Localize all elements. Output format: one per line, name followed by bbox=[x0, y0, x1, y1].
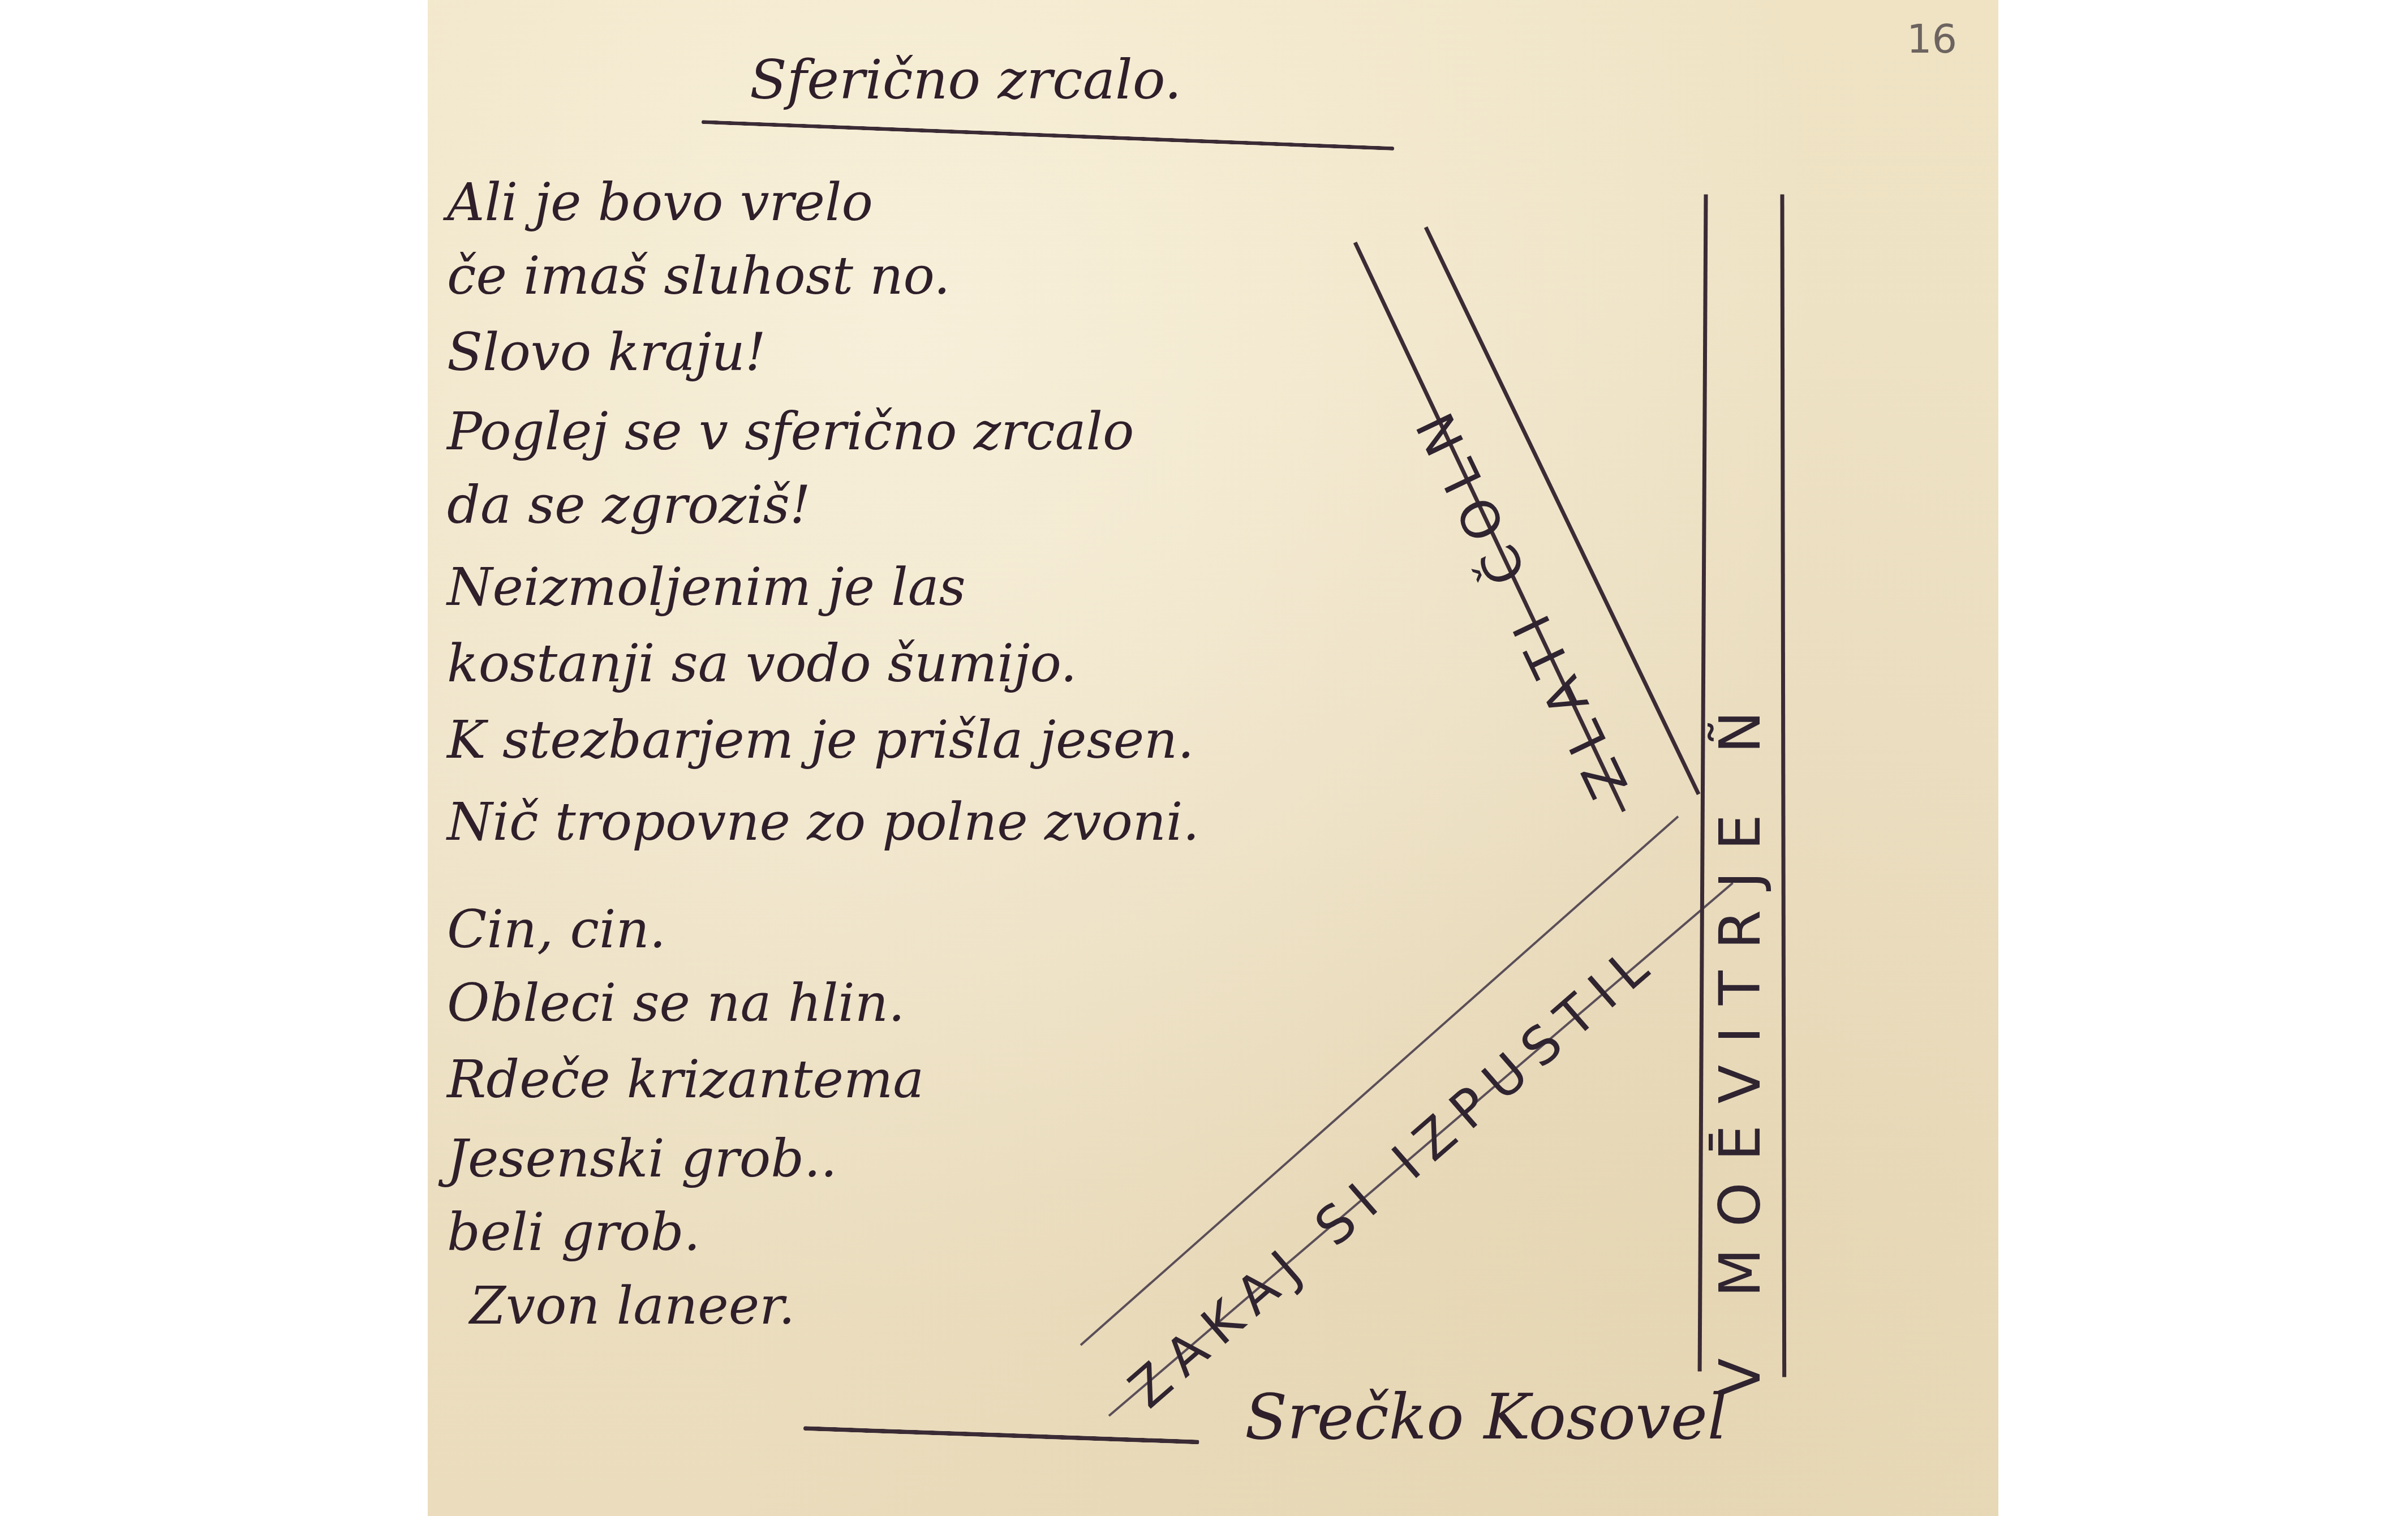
stamp-vertical: V MOĒVITRJE Ñ bbox=[1707, 689, 1773, 1397]
verse-line: če imaš sluhost no. bbox=[447, 246, 950, 306]
verse-line: Slovo kraju! bbox=[447, 323, 766, 382]
verse-line: Neizmoljenim je las bbox=[447, 557, 966, 617]
verse-line: K stezbarjem je prišla jesen. bbox=[447, 710, 1194, 770]
poem-title: Sferično zrcalo. bbox=[750, 48, 1181, 111]
verse-line: Obleci se na hlin. bbox=[447, 973, 905, 1033]
verse-line: beli grob. bbox=[447, 1203, 700, 1262]
signature: Srečko Kosovel bbox=[1245, 1381, 1727, 1453]
verse-line: Rdeče krizantema bbox=[447, 1050, 924, 1109]
verse-line: kostanji sa vodo šumijo. bbox=[447, 634, 1077, 693]
verse-line: Poglej se v sferično zrcalo bbox=[447, 402, 1134, 461]
page-number: 16 bbox=[1907, 16, 1957, 62]
verse-line: Jesenski grob.. bbox=[447, 1129, 837, 1188]
verse-line: Cin, cin. bbox=[447, 900, 666, 959]
verse-line: da se zgroziš! bbox=[447, 475, 811, 535]
verse-line: Zvon laneer. bbox=[470, 1276, 795, 1335]
verse-line: Ali je bovo vrelo bbox=[447, 173, 873, 232]
verse-line: Nič tropovne zo polne zvoni. bbox=[447, 792, 1199, 852]
